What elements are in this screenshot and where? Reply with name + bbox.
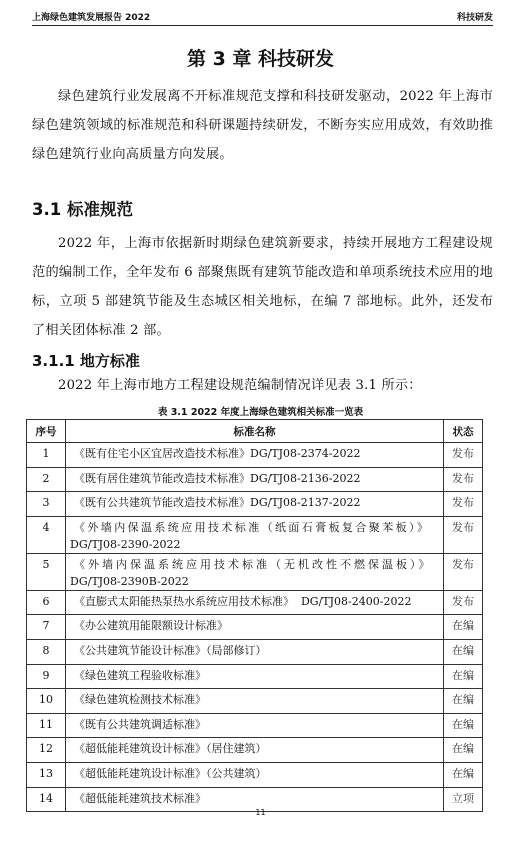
chapter-title: 第 3 章 科技研发 bbox=[0, 44, 521, 71]
row-standard-name: 《绿色建筑检测技术标准》 bbox=[66, 689, 444, 714]
table-row: 1 《既有住宅小区宜居改造技术标准》DG/TJ08-2374-2022 发布 bbox=[27, 443, 483, 468]
row-seq: 10 bbox=[27, 689, 66, 714]
row-seq: 1 bbox=[27, 443, 66, 468]
row-seq: 5 bbox=[27, 553, 66, 590]
row-seq: 3 bbox=[27, 492, 66, 517]
row-standard-code: DG/TJ08-2390B-2022 bbox=[70, 573, 439, 590]
row-seq: 6 bbox=[27, 590, 66, 615]
row-standard-name: 《外墙内保温系统应用技术标准（无机改性不燃保温板）》 DG/TJ08-2390B… bbox=[66, 553, 444, 590]
row-status: 在编 bbox=[444, 615, 483, 640]
row-standard-name: 《外墙内保温系统应用技术标准（纸面石膏板复合聚苯板）》 DG/TJ08-2390… bbox=[66, 516, 444, 553]
row-seq: 9 bbox=[27, 664, 66, 689]
page-number: 11 bbox=[0, 808, 521, 817]
row-standard-name: 《超低能耗建筑设计标准》（居住建筑） bbox=[66, 738, 444, 763]
column-header-status: 状态 bbox=[444, 420, 483, 443]
table-row: 4 《外墙内保温系统应用技术标准（纸面石膏板复合聚苯板）》 DG/TJ08-23… bbox=[27, 516, 483, 553]
table-row: 8 《公共建筑节能设计标准》（局部修订） 在编 bbox=[27, 639, 483, 664]
table-row: 10 《绿色建筑检测技术标准》 在编 bbox=[27, 689, 483, 714]
row-status: 发布 bbox=[444, 467, 483, 492]
header-report-title: 上海绿色建筑发展报告 2022 bbox=[32, 10, 150, 23]
row-seq: 12 bbox=[27, 738, 66, 763]
standards-table: 序号 标准名称 状态 1 《既有住宅小区宜居改造技术标准》DG/TJ08-237… bbox=[26, 419, 483, 812]
table-row: 7 《办公建筑用能限额设计标准》 在编 bbox=[27, 615, 483, 640]
row-status: 发布 bbox=[444, 443, 483, 468]
row-standard-name: 《既有公共建筑节能改造技术标准》DG/TJ08-2137-2022 bbox=[66, 492, 444, 517]
row-seq: 13 bbox=[27, 762, 66, 787]
intro-paragraph: 绿色建筑行业发展离不开标准规范支撑和科技研发驱动，2022 年上海市绿色建筑领域… bbox=[32, 82, 493, 169]
row-standard-code: DG/TJ08-2390-2022 bbox=[70, 536, 439, 553]
row-status: 在编 bbox=[444, 689, 483, 714]
row-status: 在编 bbox=[444, 639, 483, 664]
row-seq: 7 bbox=[27, 615, 66, 640]
table-header-row: 序号 标准名称 状态 bbox=[27, 420, 483, 443]
row-standard-name: 《超低能耗建筑设计标准》（公共建筑） bbox=[66, 762, 444, 787]
row-standard-name: 《既有住宅小区宜居改造技术标准》DG/TJ08-2374-2022 bbox=[66, 443, 444, 468]
header-chapter-name: 科技研发 bbox=[457, 10, 493, 23]
table-caption: 表 3.1 2022 年度上海绿色建筑相关标准一览表 bbox=[0, 404, 521, 418]
row-standard-name: 《既有公共建筑调适标准》 bbox=[66, 713, 444, 738]
section-heading-3-1: 3.1 标准规范 bbox=[32, 196, 133, 220]
row-status: 发布 bbox=[444, 492, 483, 517]
table-row: 6 《直膨式太阳能热泵热水系统应用技术标准》 DG/TJ08-2400-2022… bbox=[27, 590, 483, 615]
row-standard-name: 《绿色建筑工程验收标准》 bbox=[66, 664, 444, 689]
row-seq: 2 bbox=[27, 467, 66, 492]
row-status: 发布 bbox=[444, 516, 483, 553]
row-standard-title: 《外墙内保温系统应用技术标准（纸面石膏板复合聚苯板）》 bbox=[74, 519, 439, 536]
row-status: 在编 bbox=[444, 713, 483, 738]
column-header-seq: 序号 bbox=[27, 420, 66, 443]
row-standard-title: 《外墙内保温系统应用技术标准（无机改性不燃保温板）》 bbox=[74, 556, 439, 573]
row-standard-name: 《既有居住建筑节能改造技术标准》DG/TJ08-2136-2022 bbox=[66, 467, 444, 492]
row-standard-name: 《直膨式太阳能热泵热水系统应用技术标准》 DG/TJ08-2400-2022 bbox=[66, 590, 444, 615]
row-seq: 4 bbox=[27, 516, 66, 553]
section-3-1-1-paragraph: 2022 年上海市地方工程建设规范编制情况详见表 3.1 所示： bbox=[32, 376, 493, 396]
table-row: 12 《超低能耗建筑设计标准》（居住建筑） 在编 bbox=[27, 738, 483, 763]
table-row: 13 《超低能耗建筑设计标准》（公共建筑） 在编 bbox=[27, 762, 483, 787]
row-status: 发布 bbox=[444, 590, 483, 615]
table-row: 5 《外墙内保温系统应用技术标准（无机改性不燃保温板）》 DG/TJ08-239… bbox=[27, 553, 483, 590]
table-row: 9 《绿色建筑工程验收标准》 在编 bbox=[27, 664, 483, 689]
table-row: 3 《既有公共建筑节能改造技术标准》DG/TJ08-2137-2022 发布 bbox=[27, 492, 483, 517]
section-3-1-paragraph: 2022 年，上海市依据新时期绿色建筑新要求，持续开展地方工程建设规范的编制工作… bbox=[32, 229, 493, 345]
row-standard-name: 《办公建筑用能限额设计标准》 bbox=[66, 615, 444, 640]
row-status: 在编 bbox=[444, 664, 483, 689]
row-status: 发布 bbox=[444, 553, 483, 590]
running-header: 上海绿色建筑发展报告 2022 科技研发 bbox=[32, 9, 493, 26]
row-status: 在编 bbox=[444, 762, 483, 787]
row-status: 在编 bbox=[444, 738, 483, 763]
column-header-name: 标准名称 bbox=[66, 420, 444, 443]
section-heading-3-1-1: 3.1.1 地方标准 bbox=[32, 350, 140, 371]
table-row: 2 《既有居住建筑节能改造技术标准》DG/TJ08-2136-2022 发布 bbox=[27, 467, 483, 492]
row-standard-name: 《公共建筑节能设计标准》（局部修订） bbox=[66, 639, 444, 664]
row-seq: 11 bbox=[27, 713, 66, 738]
table-row: 11 《既有公共建筑调适标准》 在编 bbox=[27, 713, 483, 738]
row-seq: 8 bbox=[27, 639, 66, 664]
